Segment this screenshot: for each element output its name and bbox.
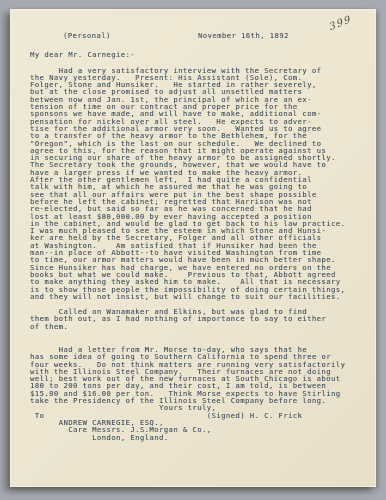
paragraph-1: Had a very satisfactory interview with t…: [30, 67, 363, 301]
letter-page: 399 (Personal) November 16th, 1892 My de…: [10, 9, 376, 487]
salutation: My dear Mr. Carnegie:-: [30, 51, 363, 58]
paragraph-3: Had a letter from Mr. Morse to-day, who …: [30, 346, 363, 404]
letter-date: November 16th, 1892: [198, 32, 289, 39]
letter-content: (Personal) November 16th, 1892 My dear M…: [11, 10, 375, 441]
closing-signature-block: Yours truly, To (Signed) H. C. Frick AND…: [30, 404, 363, 440]
paragraph-2: Called on Wanamaker and Elkins, but was …: [30, 308, 363, 330]
letter-header: (Personal) November 16th, 1892: [30, 32, 363, 39]
scanned-letter-screenshot: { "page": { "number": "399" }, "colors":…: [0, 0, 386, 500]
personal-label: (Personal): [63, 32, 111, 39]
